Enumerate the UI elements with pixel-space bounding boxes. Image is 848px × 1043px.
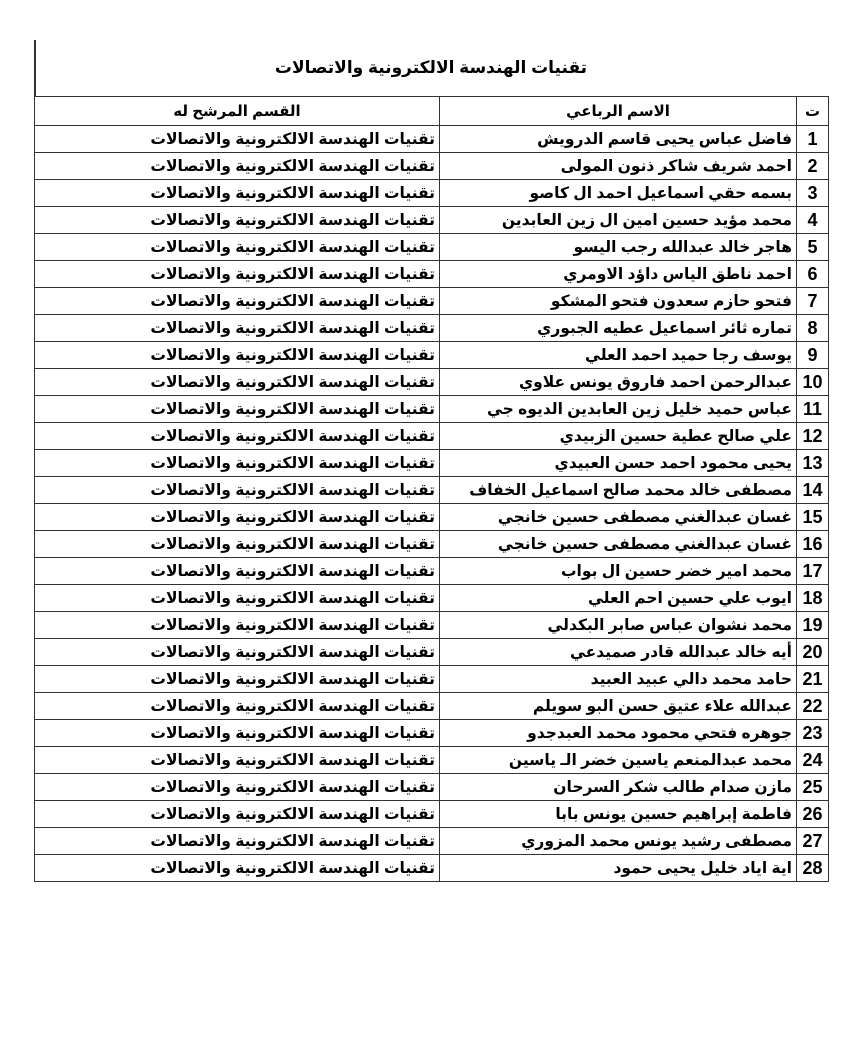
row-full-name: هاجر خالد عبدالله رجب اليسو bbox=[440, 234, 797, 261]
row-department: تقنيات الهندسة الالكترونية والاتصالات bbox=[35, 774, 440, 801]
table-row: 26فاطمة إبراهيم حسين يونس باباتقنيات اله… bbox=[35, 801, 829, 828]
row-number: 8 bbox=[797, 315, 829, 342]
row-number: 28 bbox=[797, 855, 829, 882]
table-row: 23جوهره فتحي محمود محمد العبدجدوتقنيات ا… bbox=[35, 720, 829, 747]
row-number: 11 bbox=[797, 396, 829, 423]
row-department: تقنيات الهندسة الالكترونية والاتصالات bbox=[35, 693, 440, 720]
row-number: 10 bbox=[797, 369, 829, 396]
document-title: تقنيات الهندسة الالكترونية والاتصالات bbox=[34, 58, 828, 78]
row-department: تقنيات الهندسة الالكترونية والاتصالات bbox=[35, 180, 440, 207]
row-number: 7 bbox=[797, 288, 829, 315]
table-row: 18ايوب علي حسين احم العليتقنيات الهندسة … bbox=[35, 585, 829, 612]
row-number: 6 bbox=[797, 261, 829, 288]
row-department: تقنيات الهندسة الالكترونية والاتصالات bbox=[35, 288, 440, 315]
row-department: تقنيات الهندسة الالكترونية والاتصالات bbox=[35, 207, 440, 234]
row-number: 15 bbox=[797, 504, 829, 531]
row-department: تقنيات الهندسة الالكترونية والاتصالات bbox=[35, 585, 440, 612]
row-full-name: اية اياد خليل يحيى حمود bbox=[440, 855, 797, 882]
row-full-name: عباس حميد خليل زين العابدين الديوه جي bbox=[440, 396, 797, 423]
row-number: 27 bbox=[797, 828, 829, 855]
row-number: 16 bbox=[797, 531, 829, 558]
row-number: 3 bbox=[797, 180, 829, 207]
table-body: 1فاضل عباس يحيى قاسم الدرويشتقنيات الهند… bbox=[35, 126, 829, 882]
row-department: تقنيات الهندسة الالكترونية والاتصالات bbox=[35, 315, 440, 342]
column-header-full-name: الاسم الرباعي bbox=[440, 97, 797, 126]
row-department: تقنيات الهندسة الالكترونية والاتصالات bbox=[35, 234, 440, 261]
table-row: 2احمد شريف شاكر ذنون المولىتقنيات الهندس… bbox=[35, 153, 829, 180]
row-number: 21 bbox=[797, 666, 829, 693]
row-number: 24 bbox=[797, 747, 829, 774]
table-row: 19محمد نشوان عباس صابر البكدليتقنيات اله… bbox=[35, 612, 829, 639]
row-full-name: غسان عبدالغني مصطفى حسين خانجي bbox=[440, 531, 797, 558]
table-row: 6احمد ناطق الياس داؤد الاومريتقنيات الهن… bbox=[35, 261, 829, 288]
table-row: 24محمد عبدالمنعم ياسين خضر الـ ياسينتقني… bbox=[35, 747, 829, 774]
table-row: 8تماره ثائر اسماعيل عطيه الجبوريتقنيات ا… bbox=[35, 315, 829, 342]
row-department: تقنيات الهندسة الالكترونية والاتصالات bbox=[35, 126, 440, 153]
row-full-name: تماره ثائر اسماعيل عطيه الجبوري bbox=[440, 315, 797, 342]
row-department: تقنيات الهندسة الالكترونية والاتصالات bbox=[35, 504, 440, 531]
row-full-name: بسمه حقي اسماعيل احمد ال كاصو bbox=[440, 180, 797, 207]
row-number: 20 bbox=[797, 639, 829, 666]
row-full-name: فاطمة إبراهيم حسين يونس بابا bbox=[440, 801, 797, 828]
column-header-department: القسم المرشح له bbox=[35, 97, 440, 126]
table-row: 22عبدالله علاء عتيق حسن البو سويلمتقنيات… bbox=[35, 693, 829, 720]
row-full-name: محمد امير خضر حسين ال بواب bbox=[440, 558, 797, 585]
row-full-name: علي صالح عطية حسين الزبيدي bbox=[440, 423, 797, 450]
row-full-name: غسان عبدالغني مصطفى حسين خانجي bbox=[440, 504, 797, 531]
row-full-name: يوسف رجا حميد احمد العلي bbox=[440, 342, 797, 369]
row-number: 23 bbox=[797, 720, 829, 747]
table-row: 13يحيى محمود احمد حسن العبيديتقنيات الهن… bbox=[35, 450, 829, 477]
row-department: تقنيات الهندسة الالكترونية والاتصالات bbox=[35, 720, 440, 747]
table-row: 14مصطفى خالد محمد صالح اسماعيل الخفافتقن… bbox=[35, 477, 829, 504]
row-department: تقنيات الهندسة الالكترونية والاتصالات bbox=[35, 747, 440, 774]
row-number: 9 bbox=[797, 342, 829, 369]
table-row: 3بسمه حقي اسماعيل احمد ال كاصوتقنيات اله… bbox=[35, 180, 829, 207]
table-row: 21حامد محمد دالي عبيد العبيدتقنيات الهند… bbox=[35, 666, 829, 693]
table-row: 16غسان عبدالغني مصطفى حسين خانجيتقنيات ا… bbox=[35, 531, 829, 558]
row-full-name: فتحو حازم سعدون فتحو المشكو bbox=[440, 288, 797, 315]
table-row: 25مازن صدام طالب شكر السرحانتقنيات الهند… bbox=[35, 774, 829, 801]
row-department: تقنيات الهندسة الالكترونية والاتصالات bbox=[35, 423, 440, 450]
table-row: 4محمد مؤيد حسين امين ال زين العابدينتقني… bbox=[35, 207, 829, 234]
row-full-name: عبدالرحمن احمد فاروق يونس علاوي bbox=[440, 369, 797, 396]
row-number: 14 bbox=[797, 477, 829, 504]
row-department: تقنيات الهندسة الالكترونية والاتصالات bbox=[35, 477, 440, 504]
row-number: 5 bbox=[797, 234, 829, 261]
candidates-table: ت الاسم الرباعي القسم المرشح له 1فاضل عب… bbox=[34, 96, 829, 882]
row-full-name: محمد عبدالمنعم ياسين خضر الـ ياسين bbox=[440, 747, 797, 774]
table-row: 27مصطفى رشيد يونس محمد المزوريتقنيات اله… bbox=[35, 828, 829, 855]
row-department: تقنيات الهندسة الالكترونية والاتصالات bbox=[35, 342, 440, 369]
row-full-name: محمد مؤيد حسين امين ال زين العابدين bbox=[440, 207, 797, 234]
row-department: تقنيات الهندسة الالكترونية والاتصالات bbox=[35, 558, 440, 585]
row-full-name: عبدالله علاء عتيق حسن البو سويلم bbox=[440, 693, 797, 720]
row-number: 1 bbox=[797, 126, 829, 153]
column-header-number: ت bbox=[797, 97, 829, 126]
table-row: 1فاضل عباس يحيى قاسم الدرويشتقنيات الهند… bbox=[35, 126, 829, 153]
row-number: 19 bbox=[797, 612, 829, 639]
table-row: 7فتحو حازم سعدون فتحو المشكوتقنيات الهند… bbox=[35, 288, 829, 315]
row-number: 22 bbox=[797, 693, 829, 720]
row-full-name: يحيى محمود احمد حسن العبيدي bbox=[440, 450, 797, 477]
row-department: تقنيات الهندسة الالكترونية والاتصالات bbox=[35, 531, 440, 558]
row-number: 25 bbox=[797, 774, 829, 801]
table-row: 17محمد امير خضر حسين ال بوابتقنيات الهند… bbox=[35, 558, 829, 585]
row-department: تقنيات الهندسة الالكترونية والاتصالات bbox=[35, 828, 440, 855]
row-number: 13 bbox=[797, 450, 829, 477]
table-header-row: ت الاسم الرباعي القسم المرشح له bbox=[35, 97, 829, 126]
row-number: 4 bbox=[797, 207, 829, 234]
table-row: 11عباس حميد خليل زين العابدين الديوه جيت… bbox=[35, 396, 829, 423]
row-department: تقنيات الهندسة الالكترونية والاتصالات bbox=[35, 396, 440, 423]
table-row: 5هاجر خالد عبدالله رجب اليسوتقنيات الهند… bbox=[35, 234, 829, 261]
table-row: 20أيه خالد عبدالله قادر صميدعيتقنيات اله… bbox=[35, 639, 829, 666]
row-number: 12 bbox=[797, 423, 829, 450]
row-number: 2 bbox=[797, 153, 829, 180]
row-department: تقنيات الهندسة الالكترونية والاتصالات bbox=[35, 612, 440, 639]
row-full-name: ايوب علي حسين احم العلي bbox=[440, 585, 797, 612]
row-department: تقنيات الهندسة الالكترونية والاتصالات bbox=[35, 369, 440, 396]
table-row: 10عبدالرحمن احمد فاروق يونس علاويتقنيات … bbox=[35, 369, 829, 396]
row-number: 26 bbox=[797, 801, 829, 828]
row-full-name: أيه خالد عبدالله قادر صميدعي bbox=[440, 639, 797, 666]
row-number: 17 bbox=[797, 558, 829, 585]
row-full-name: حامد محمد دالي عبيد العبيد bbox=[440, 666, 797, 693]
row-number: 18 bbox=[797, 585, 829, 612]
row-full-name: محمد نشوان عباس صابر البكدلي bbox=[440, 612, 797, 639]
row-department: تقنيات الهندسة الالكترونية والاتصالات bbox=[35, 450, 440, 477]
row-department: تقنيات الهندسة الالكترونية والاتصالات bbox=[35, 666, 440, 693]
row-department: تقنيات الهندسة الالكترونية والاتصالات bbox=[35, 261, 440, 288]
row-full-name: جوهره فتحي محمود محمد العبدجدو bbox=[440, 720, 797, 747]
table-row: 15غسان عبدالغني مصطفى حسين خانجيتقنيات ا… bbox=[35, 504, 829, 531]
row-full-name: فاضل عباس يحيى قاسم الدرويش bbox=[440, 126, 797, 153]
table-row: 28اية اياد خليل يحيى حمودتقنيات الهندسة … bbox=[35, 855, 829, 882]
row-department: تقنيات الهندسة الالكترونية والاتصالات bbox=[35, 855, 440, 882]
row-full-name: احمد ناطق الياس داؤد الاومري bbox=[440, 261, 797, 288]
row-full-name: مصطفى خالد محمد صالح اسماعيل الخفاف bbox=[440, 477, 797, 504]
row-department: تقنيات الهندسة الالكترونية والاتصالات bbox=[35, 801, 440, 828]
row-full-name: احمد شريف شاكر ذنون المولى bbox=[440, 153, 797, 180]
row-full-name: مازن صدام طالب شكر السرحان bbox=[440, 774, 797, 801]
row-full-name: مصطفى رشيد يونس محمد المزوري bbox=[440, 828, 797, 855]
table-row: 9يوسف رجا حميد احمد العليتقنيات الهندسة … bbox=[35, 342, 829, 369]
row-department: تقنيات الهندسة الالكترونية والاتصالات bbox=[35, 153, 440, 180]
table-row: 12علي صالح عطية حسين الزبيديتقنيات الهند… bbox=[35, 423, 829, 450]
row-department: تقنيات الهندسة الالكترونية والاتصالات bbox=[35, 639, 440, 666]
